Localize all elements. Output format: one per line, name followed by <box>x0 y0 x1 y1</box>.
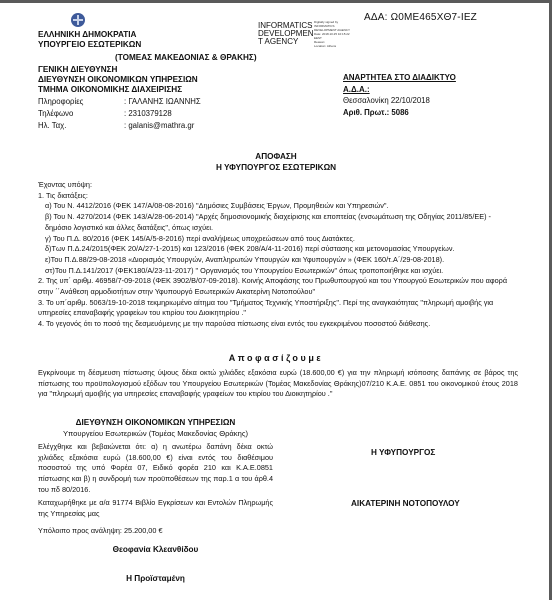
financial-service-title: ΔΙΕΥΘΥΝΣΗ ΟΙΚΟΝΟΜΙΚΩΝ ΥΠΗΡΕΣΙΩΝ <box>38 418 273 428</box>
decide-text: Εγκρίνουμε τη δέσμευση πίστωσης ύψους δέ… <box>38 368 518 400</box>
provision-item: α) Του Ν. 4412/2016 (ΦΕΚ 147/Α/08-08-201… <box>38 201 518 212</box>
sig-line: T AGENCY <box>258 38 314 46</box>
financial-signer-role: Η Προϊσταμένη <box>38 574 273 584</box>
info-value: : 2310379128 <box>124 109 172 118</box>
minister-name: ΑΙΚΑΤΕΡΙΝΗ ΝΟΤΟΠΟΥΛΟΥ <box>351 499 460 509</box>
considering-item: 1. Τις διατάξεις: <box>38 191 518 202</box>
info-label: Πληροφορίες <box>38 97 83 106</box>
financial-service-subtitle: Υπουργείου Εσωτερικών (Τομέας Μακεδονίας… <box>38 429 273 439</box>
verification-text: Ελέγχθηκε και βεβαιώνεται ότι: α) η ανωτ… <box>38 442 273 496</box>
header-republic: ΕΛΛΗΝΙΚΗ ΔΗΜΟΚΡΑΤΙΑ <box>38 30 136 40</box>
info-label: Τηλέφωνο <box>38 109 73 118</box>
provision-item: β) Του Ν. 4270/2014 (ΦΕΚ 143/Α/28-06-201… <box>38 212 518 233</box>
ada-label: Α.Δ.Α.: <box>343 85 370 94</box>
digital-signature-meta: Digitally signed by INFORMATICS DEVELOPM… <box>314 20 394 48</box>
considering-item: 3. Το υπ΄αριθμ. 5063/19-10-2018 τεκμηριω… <box>38 298 518 319</box>
header-gen-directorate: ΓΕΝΙΚΗ ΔΙΕΥΘΥΝΣΗ <box>38 65 117 75</box>
greek-emblem-icon <box>71 13 85 27</box>
provision-item: ε)Του Π.Δ.88/29-08-2018 «Διορισμός Υπουρ… <box>38 255 518 266</box>
decision-title: ΑΠΟΦΑΣΗ <box>0 152 552 161</box>
page-frame-top <box>0 0 552 3</box>
minister-role: Η ΥΦΥΠΟΥΡΓΟΣ <box>371 448 435 458</box>
digital-signature-agency: INFORMATICS DEVELOPMEN T AGENCY <box>258 22 314 46</box>
info-label: Ηλ. Ταχ. <box>38 121 66 130</box>
balance-text: Υπόλοιπο προς ανάληψη: 25.200,00 € <box>38 526 273 537</box>
considering-section: Έχοντας υπόψη: 1. Τις διατάξεις: α) Του … <box>38 180 518 330</box>
header-ministry: ΥΠΟΥΡΓΕΙΟ ΕΣΩΤΕΡΙΚΩΝ <box>38 40 141 50</box>
ada-code: ΑΔΑ: Ω0ΜΕ465ΧΘ7-ΙΕΖ <box>364 12 477 23</box>
registration-text: Καταχωρήθηκε με α/α 91774 Βιβλίο Εγκρίσε… <box>38 498 273 519</box>
decide-heading: Αποφασίζουμε <box>0 353 552 363</box>
header-sector: (ΤΟΜΕΑΣ ΜΑΚΕΔΟΝΙΑΣ & ΘΡΑΚΗΣ) <box>115 53 257 63</box>
provision-item: δ)Των Π.Δ.24/2015(ΦΕΚ 20/Α/27-1-2015) κα… <box>38 244 518 255</box>
header-department: ΤΜΗΜΑ ΟΙΚΟΝΟΜΙΚΗΣ ΔΙΑΧΕΙΡΙΣΗΣ <box>38 85 182 95</box>
header-directorate: ΔΙΕΥΘΥΝΣΗ ΟΙΚΟΝΟΜΙΚΩΝ ΥΠΗΡΕΣΙΩΝ <box>38 75 198 85</box>
info-email[interactable]: : galanis@mathra.gr <box>124 121 194 130</box>
considering-item: 2. Της υπ΄ αριθμ. 46958/7-09-2018 (ΦΕΚ 3… <box>38 276 518 297</box>
considering-item: 4. Το γεγονός ότι το ποσό της δεσμευόμεν… <box>38 319 518 330</box>
considering-intro: Έχοντας υπόψη: <box>38 180 518 191</box>
protocol-number: Αριθ. Πρωτ.: 5086 <box>343 108 409 117</box>
provision-item: γ) Του Π.Δ. 80/2016 (ΦΕΚ 145/Α/5-8-2016)… <box>38 234 518 245</box>
provision-item: στ)Του Π.Δ.141/2017 (ΦΕΚ180/Α/23-11-2017… <box>38 266 518 277</box>
decision-authority: Η ΥΦΥΠΟΥΡΓΟΣ ΕΣΩΤΕΡΙΚΩΝ <box>0 163 552 172</box>
info-value: : ΓΑΛΑΝΗΣ ΙΩΑΝΝΗΣ <box>124 97 201 106</box>
sig-meta-line: Location: Athens <box>314 44 394 48</box>
document-date: Θεσσαλονίκη 22/10/2018 <box>343 96 430 105</box>
post-online-label: ΑΝΑΡΤΗΤΕΑ ΣΤΟ ΔΙΑΔΙΚΤΥΟ <box>343 73 456 82</box>
financial-signer-name: Θεοφανία Κλεανθίδου <box>38 545 273 555</box>
